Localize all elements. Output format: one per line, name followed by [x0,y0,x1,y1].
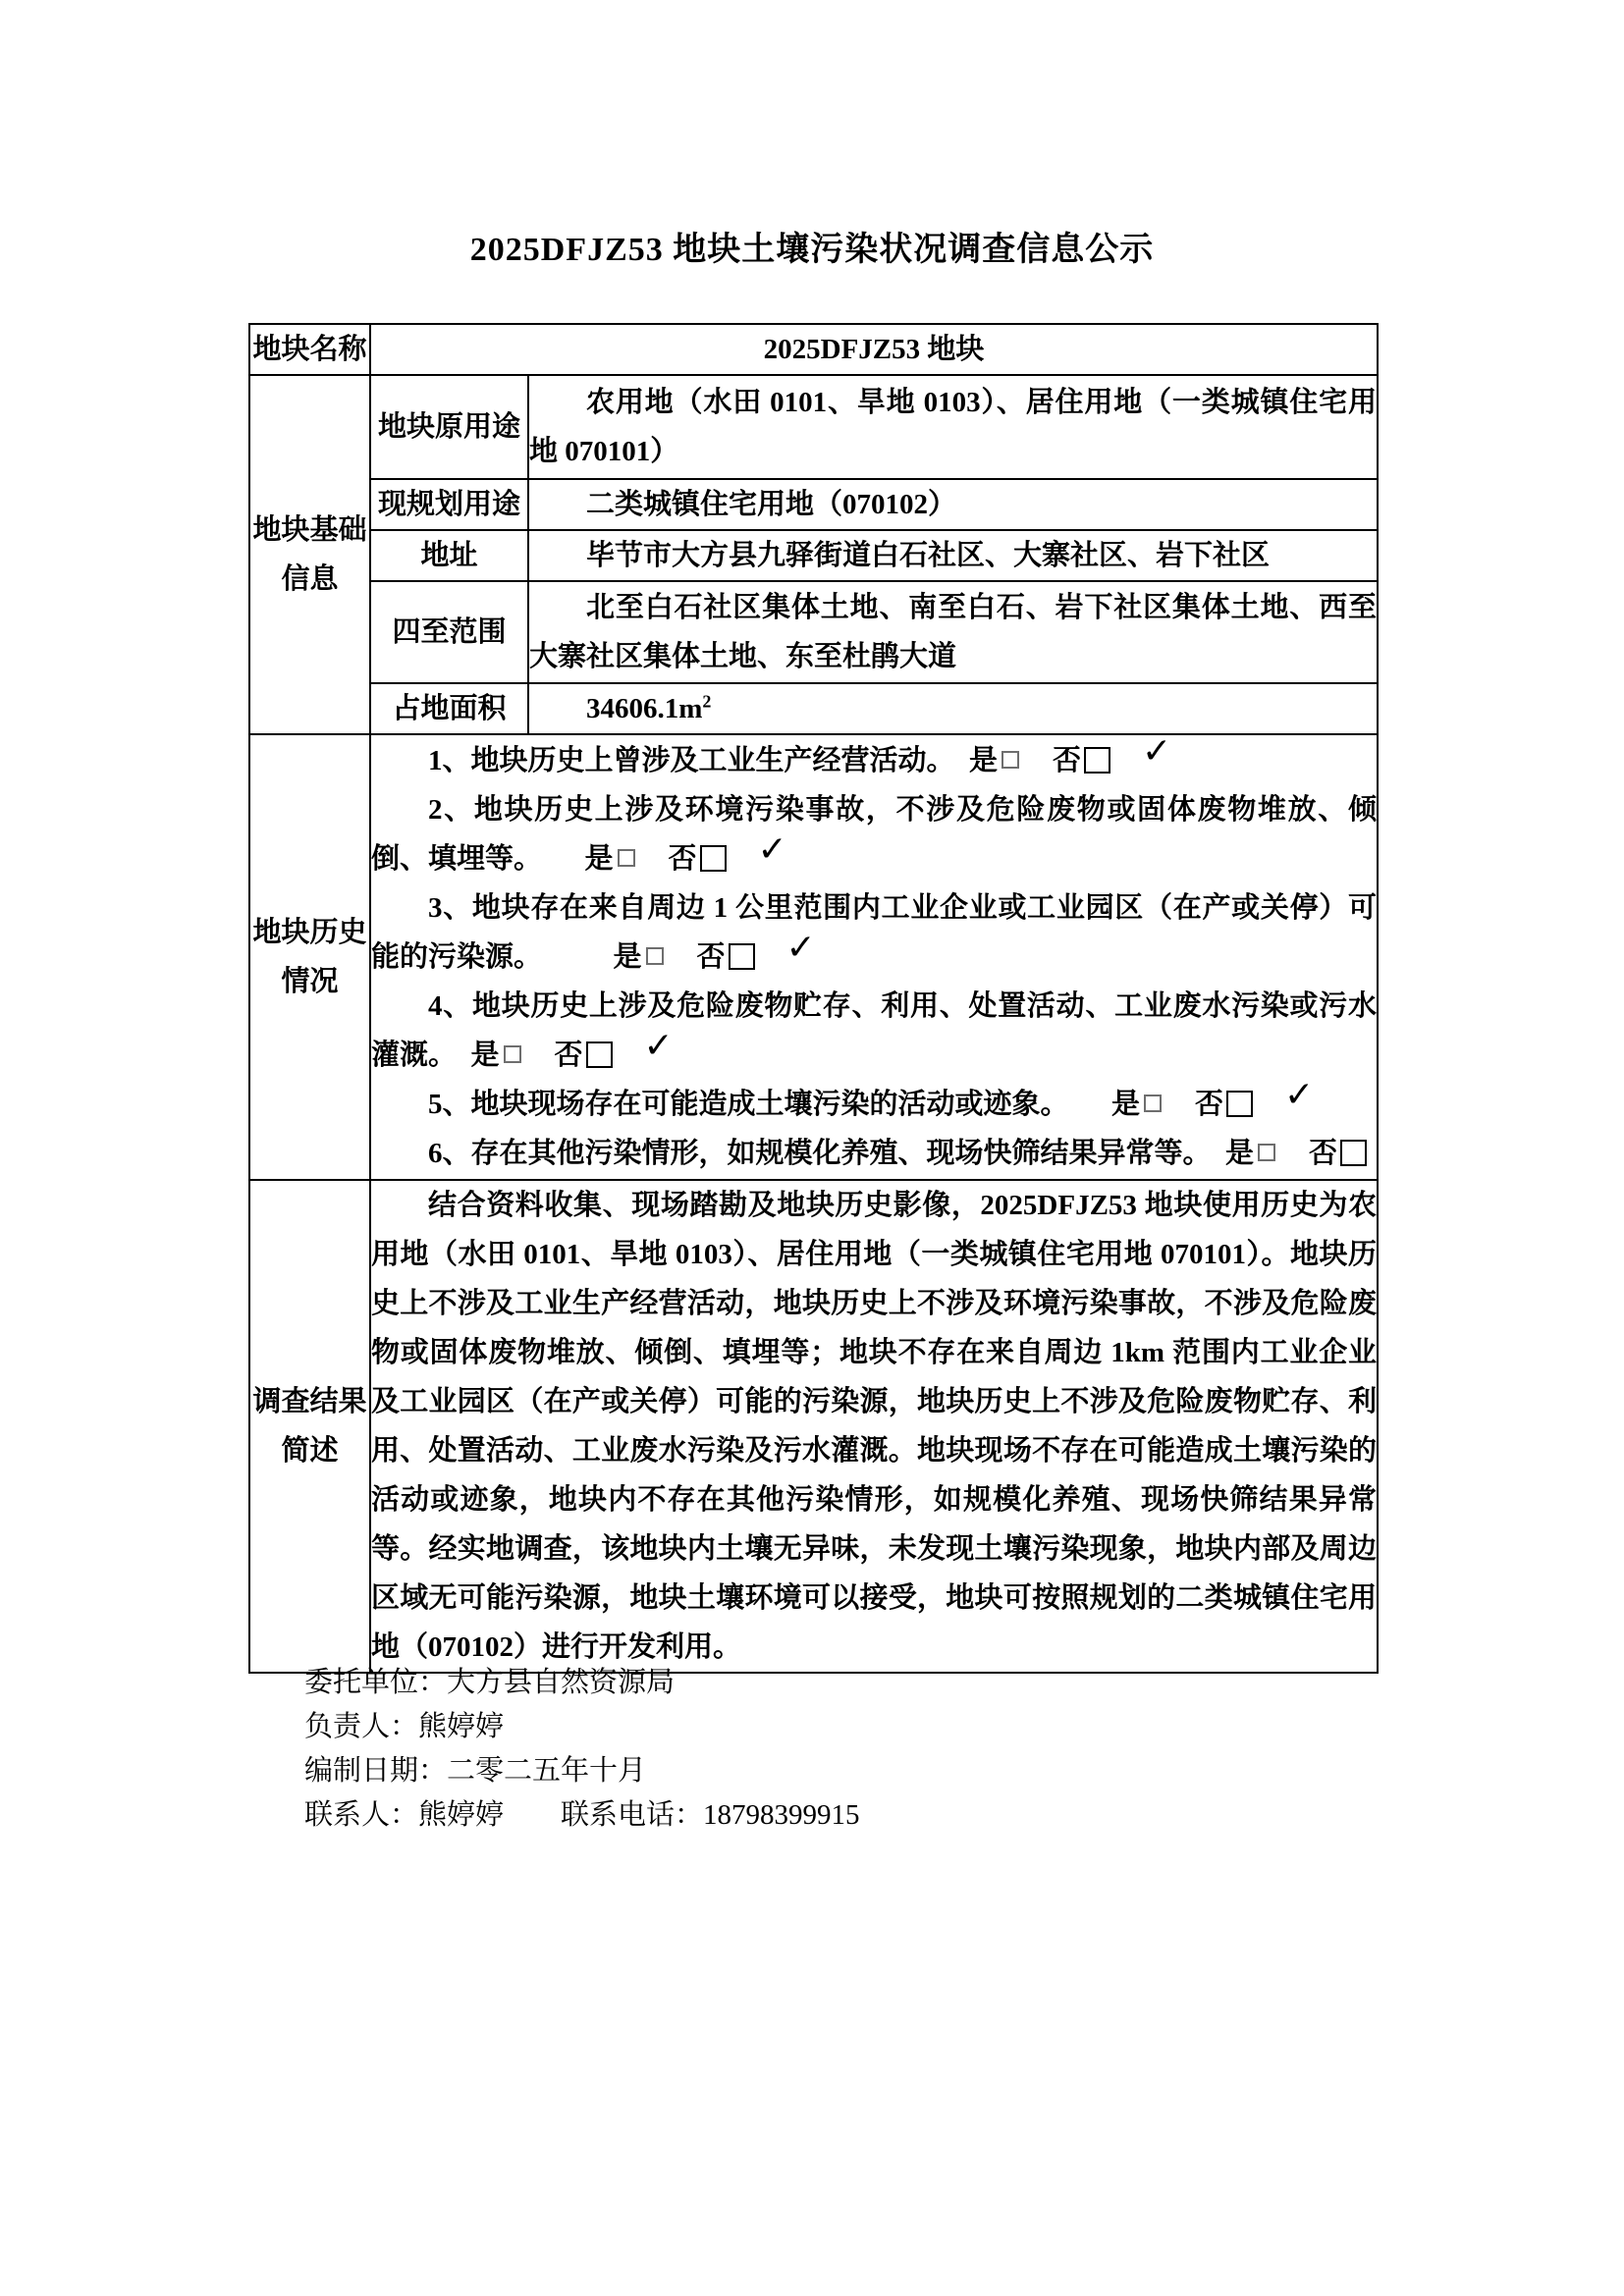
history-label: 地块历史情况 [249,734,370,1180]
checkbox-checked-icon: ✓ [700,845,727,872]
check-mark-icon: ✓ [1227,1078,1314,1113]
survey-summary-text: 结合资料收集、现场踏勘及地块历史影像，2025DFJZ53 地块使用历史为农用地… [371,1181,1377,1672]
field-value-planned-use: 二类城镇住宅用地（070102） [528,479,1378,530]
address-text: 毕节市大方县九驿街道白石社区、大寨社区、岩下社区 [529,531,1377,580]
checkbox-unchecked-icon [618,849,635,867]
history-item-text: 3、地块存在来自周边 1 公里范围内工业企业或工业园区（在产或关停）可能的污染源… [371,892,1377,973]
no-option: 否✓ [555,1040,613,1071]
yes-option: 是 [471,1040,521,1071]
document-footer: 委托单位：大方县自然资源局 负责人：熊婷婷 编制日期：二零二五年十月 联系人：熊… [304,1661,860,1838]
no-option: 否✓ [697,941,755,973]
history-item-5: 5、地块现场存在可能造成土壤污染的活动或迹象。 是否✓ [371,1080,1377,1129]
no-label: 否 [555,1040,583,1071]
planned-use-text: 二类城镇住宅用地（070102） [529,480,1377,529]
no-label: 否 [1195,1089,1223,1120]
checkbox-checked-icon: ✓ [1340,1140,1367,1166]
original-use-row: 地块基础信息 地块原用途 农用地（水田 0101、旱地 0103）、居住用地（一… [249,375,1378,479]
yes-option: 是 [969,745,1019,776]
history-item-text: 6、存在其他污染情形，如规模化养殖、现场快筛结果异常等。 [428,1138,1225,1169]
document-title: 2025DFJZ53 地块土壤污染状况调查信息公示 [0,222,1624,270]
history-item-6: 6、存在其他污染情形，如规模化养殖、现场快筛结果异常等。 是否✓ [371,1129,1377,1178]
checkbox-unchecked-icon [646,947,664,965]
original-use-text: 农用地（水田 0101、旱地 0103）、居住用地（一类城镇住宅用地 07010… [529,378,1377,476]
area-superscript: 2 [702,691,711,711]
field-label-address: 地址 [370,530,528,581]
yes-label: 是 [585,843,614,875]
field-value-area: 34606.1m2 [528,683,1378,734]
address-row: 地址 毕节市大方县九驿街道白石社区、大寨社区、岩下社区 [249,530,1378,581]
checkbox-unchecked-icon [1144,1095,1162,1112]
boundary-row: 四至范围 北至白石社区集体土地、南至白石、岩下社区集体土地、西至大寨社区集体土地… [249,581,1378,683]
check-mark-icon: ✓ [587,1029,674,1064]
field-label-area: 占地面积 [370,683,528,734]
no-option: 否✓ [1309,1138,1367,1169]
basic-info-label: 地块基础信息 [249,375,370,734]
boundary-text: 北至白石社区集体土地、南至白石、岩下社区集体土地、西至大寨社区集体土地、东至杜鹃… [529,583,1377,681]
plot-name-row: 地块名称 2025DFJZ53 地块 [249,324,1378,375]
check-mark-icon: ✓ [730,931,816,966]
checkbox-unchecked-icon [504,1045,521,1063]
survey-summary-label: 调查结果简述 [249,1180,370,1673]
history-item-text: 5、地块现场存在可能造成土壤污染的活动或迹象。 [428,1089,1111,1120]
yes-option: 是 [614,941,664,973]
person-in-charge-line: 负责人：熊婷婷 [304,1705,860,1749]
yes-label: 是 [1111,1089,1140,1120]
field-label-original-use: 地块原用途 [370,375,528,479]
check-mark-icon: ✓ [1085,734,1171,770]
field-value-original-use: 农用地（水田 0101、旱地 0103）、居住用地（一类城镇住宅用地 07010… [528,375,1378,479]
history-row: 地块历史情况 1、地块历史上曾涉及工业生产经营活动。 是否✓ 2、地块历史上涉及… [249,734,1378,1180]
yes-label: 是 [614,941,642,973]
yes-label: 是 [969,745,998,776]
summary-row: 调查结果简述 结合资料收集、现场踏勘及地块历史影像，2025DFJZ53 地块使… [249,1180,1378,1673]
info-table: 地块名称 2025DFJZ53 地块 地块基础信息 地块原用途 农用地（水田 0… [248,323,1379,1674]
yes-label: 是 [1225,1138,1254,1169]
area-number: 34606.1m [586,693,702,724]
plot-name-value: 2025DFJZ53 地块 [370,324,1378,375]
history-item-text: 1、地块历史上曾涉及工业生产经营活动。 [428,745,969,776]
area-row: 占地面积 34606.1m2 [249,683,1378,734]
checkbox-unchecked-icon [1001,751,1019,769]
field-value-address: 毕节市大方县九驿街道白石社区、大寨社区、岩下社区 [528,530,1378,581]
contact-line: 联系人：熊婷婷 联系电话：18798399915 [304,1793,860,1838]
client-unit-line: 委托单位：大方县自然资源局 [304,1661,860,1705]
yes-label: 是 [471,1040,500,1071]
check-mark-icon: ✓ [701,832,787,868]
no-option: 否✓ [669,843,727,875]
area-text: 34606.1m2 [529,684,1377,733]
field-label-boundary: 四至范围 [370,581,528,683]
history-item-3: 3、地块存在来自周边 1 公里范围内工业企业或工业园区（在产或关停）可能的污染源… [371,883,1377,982]
no-option: 否✓ [1195,1089,1253,1120]
no-label: 否 [669,843,697,875]
checkbox-checked-icon: ✓ [1084,747,1110,774]
check-mark-icon: ✓ [1341,1127,1378,1162]
history-content: 1、地块历史上曾涉及工业生产经营活动。 是否✓ 2、地块历史上涉及环境污染事故，… [370,734,1378,1180]
planned-use-row: 现规划用途 二类城镇住宅用地（070102） [249,479,1378,530]
history-item-text: 2、地块历史上涉及环境污染事故，不涉及危险废物或固体废物堆放、倾倒、填埋等。 [371,794,1377,875]
plot-name-label: 地块名称 [249,324,370,375]
compile-date-line: 编制日期：二零二五年十月 [304,1749,860,1793]
field-label-planned-use: 现规划用途 [370,479,528,530]
no-label: 否 [697,941,726,973]
survey-summary-content: 结合资料收集、现场踏勘及地块历史影像，2025DFJZ53 地块使用历史为农用地… [370,1180,1378,1673]
checkbox-checked-icon: ✓ [586,1041,613,1068]
field-value-boundary: 北至白石社区集体土地、南至白石、岩下社区集体土地、西至大寨社区集体土地、东至杜鹃… [528,581,1378,683]
no-option: 否✓ [1053,745,1110,776]
checkbox-checked-icon: ✓ [729,943,755,970]
checkbox-unchecked-icon [1258,1144,1275,1161]
yes-option: 是 [585,843,635,875]
history-item-2: 2、地块历史上涉及环境污染事故，不涉及危险废物或固体废物堆放、倾倒、填埋等。 是… [371,785,1377,883]
no-label: 否 [1309,1138,1337,1169]
yes-option: 是 [1225,1138,1275,1169]
history-item-text: 4、地块历史上涉及危险废物贮存、利用、处置活动、工业废水污染或污水灌溉。 [371,990,1377,1071]
history-item-4: 4、地块历史上涉及危险废物贮存、利用、处置活动、工业废水污染或污水灌溉。 是否✓ [371,982,1377,1080]
no-label: 否 [1053,745,1081,776]
yes-option: 是 [1111,1089,1162,1120]
history-item-1: 1、地块历史上曾涉及工业生产经营活动。 是否✓ [371,736,1377,785]
checkbox-checked-icon: ✓ [1226,1091,1253,1117]
